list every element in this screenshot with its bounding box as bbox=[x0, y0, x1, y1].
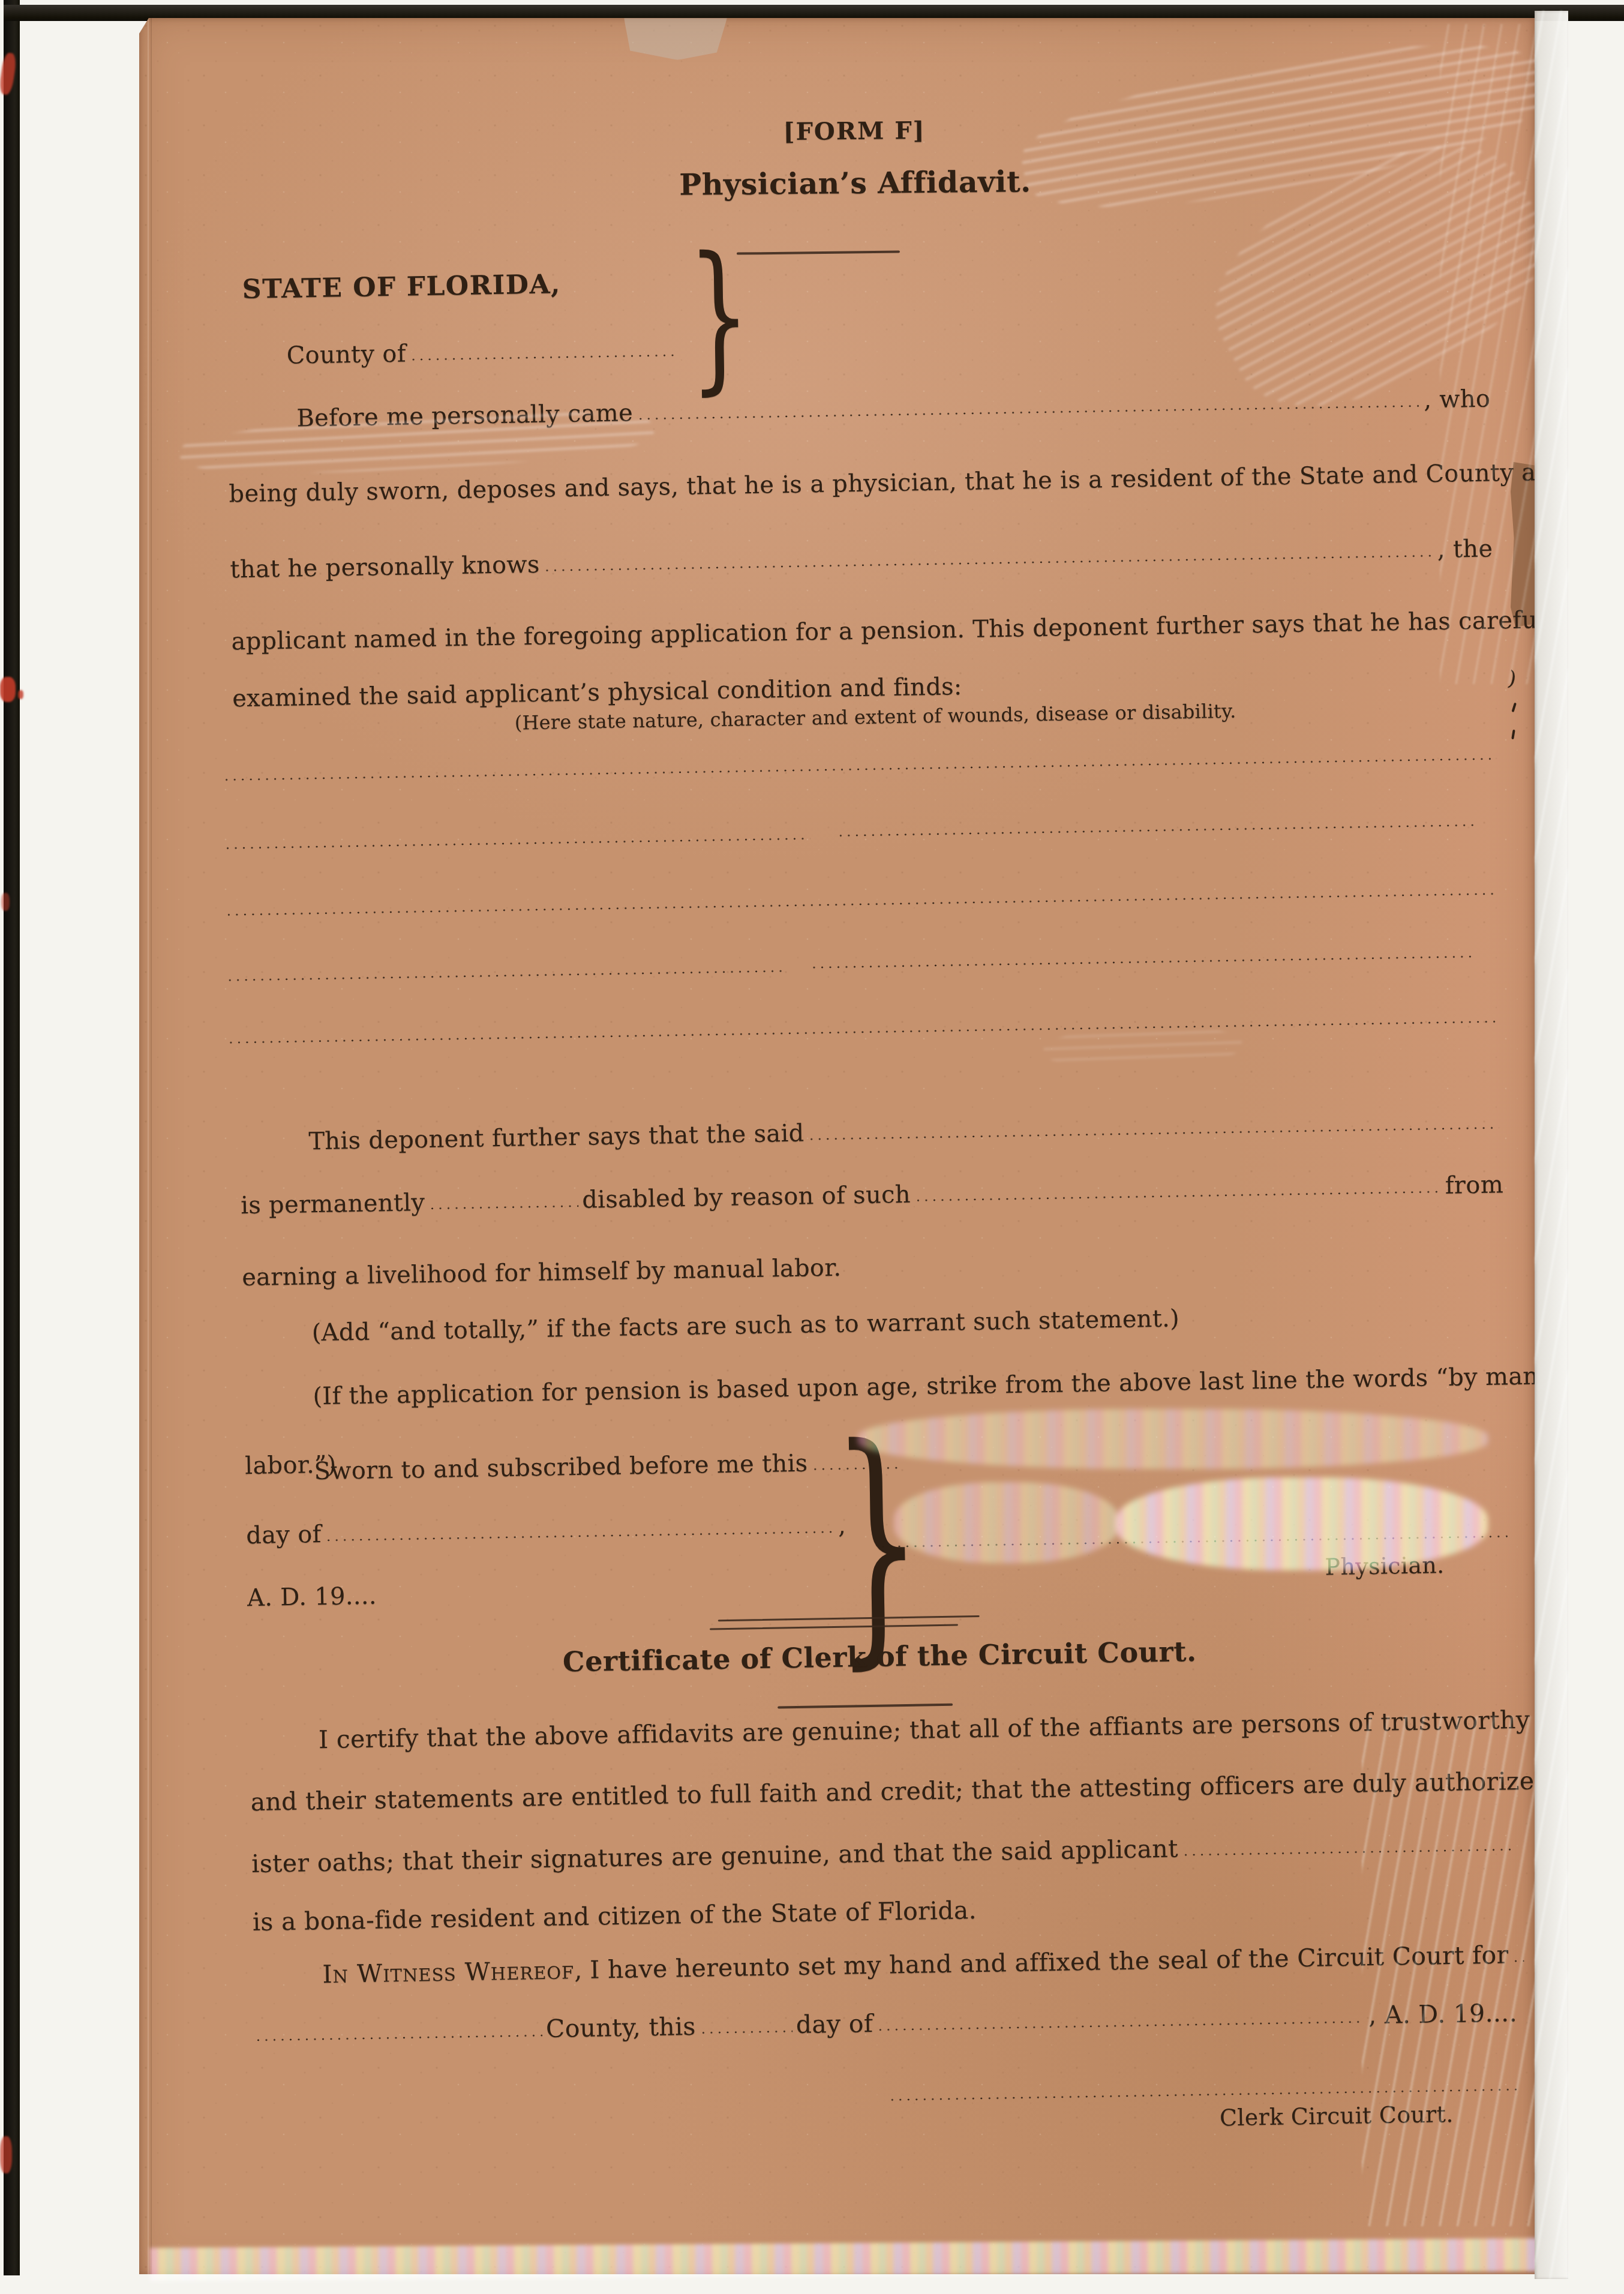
findings-blank-2b bbox=[837, 822, 1474, 839]
permanently-text-3: from bbox=[1445, 1170, 1503, 1201]
findings-blank-3 bbox=[225, 890, 1499, 917]
findings-blank-4a bbox=[226, 968, 787, 983]
certificate-body-line-2: and their statements are entitled to ful… bbox=[250, 1766, 1514, 1818]
certificate-body-text-1: I certify that the above affidavits are … bbox=[250, 1702, 1535, 1756]
county-this-line: County, this day of , A. D. 19.... bbox=[254, 1998, 1518, 2049]
permanently-blank-2 bbox=[914, 1172, 1442, 1203]
certificate-body-text-4: is a bona-fide resident and citizen of t… bbox=[253, 1895, 977, 1938]
red-edge-mark bbox=[0, 2136, 12, 2173]
rainbow-glare-left bbox=[894, 1482, 1119, 1563]
this-day-blank bbox=[699, 2011, 793, 2034]
certificate-day-of-text: day of bbox=[796, 2008, 873, 2040]
knows-text: that he personally knows bbox=[230, 550, 540, 585]
deponent-blank bbox=[808, 1108, 1499, 1141]
findings-blank-4 bbox=[226, 956, 1500, 983]
title-rule bbox=[737, 251, 900, 255]
page-title-text: Physician’s Affidavit. bbox=[679, 163, 1031, 203]
certificate-heading-text: Certificate of Clerk of the Circuit Cour… bbox=[563, 1635, 1197, 1680]
rainbow-glare-upper bbox=[858, 1409, 1488, 1469]
permanently-text-1: is permanently bbox=[241, 1188, 425, 1221]
note-totally-line: (Add “and totally,” if the facts are suc… bbox=[242, 1298, 1506, 1349]
month-blank bbox=[325, 1512, 834, 1542]
red-edge-mark bbox=[0, 677, 16, 702]
certificate-month-blank bbox=[876, 2002, 1365, 2032]
margin-tick bbox=[1511, 703, 1517, 712]
applicant-name-blank bbox=[543, 536, 1434, 572]
county-text: County of bbox=[226, 339, 406, 372]
county-blank bbox=[409, 335, 674, 361]
findings-blank-1 bbox=[223, 755, 1496, 782]
form-label-text: [FORM F] bbox=[783, 116, 925, 147]
scanned-document: [FORM F] Physician’s Affidavit. STATE OF… bbox=[0, 0, 1624, 2294]
red-edge-mark bbox=[18, 690, 23, 699]
plastic-wrap-edge-crinkle bbox=[1535, 11, 1568, 2279]
county-name-blank bbox=[254, 2015, 543, 2042]
findings-blank-4b bbox=[811, 953, 1473, 970]
rainbow-glare-main bbox=[1116, 1477, 1488, 1570]
day-of-line: day of , bbox=[246, 1511, 846, 1551]
certificate-rule bbox=[778, 1704, 953, 1709]
plastic-crinkle-top-right bbox=[1440, 24, 1536, 684]
state-county-brace: } bbox=[688, 235, 752, 397]
note-totally-text: (Add “and totally,” if the facts are suc… bbox=[242, 1303, 1179, 1349]
red-edge-mark bbox=[1, 893, 10, 911]
knows-line: that he personally knows , the bbox=[230, 534, 1493, 585]
witness-smallcaps-text: In Witness Whereof, bbox=[253, 1955, 583, 1991]
plastic-crinkle-right bbox=[1362, 1716, 1542, 2226]
deponent-line: This deponent further says that the said bbox=[239, 1106, 1503, 1158]
scanner-edge-left bbox=[4, 0, 20, 2275]
certificate-body-text-3: ister oaths; that their signatures are g… bbox=[251, 1834, 1178, 1880]
ad19-text: A. D. 19.... bbox=[247, 1581, 377, 1614]
livelihood-line: earning a livelihood for himself by manu… bbox=[242, 1242, 1505, 1293]
deponent-text: This deponent further says that the said bbox=[239, 1118, 805, 1158]
day-of-text: day of bbox=[246, 1519, 322, 1551]
certificate-body-line-1: I certify that the above affidavits are … bbox=[250, 1705, 1513, 1756]
certificate-body-line-3: ister oaths; that their signatures are g… bbox=[251, 1828, 1515, 1879]
plastic-wrap-edge bbox=[1535, 11, 1568, 2279]
permanently-text-2: disabled by reason of such bbox=[582, 1180, 911, 1215]
permanently-blank-1 bbox=[428, 1186, 579, 1210]
state-text: STATE OF FLORIDA, bbox=[225, 268, 561, 306]
certificate-body-line-4: is a bona-fide resident and citizen of t… bbox=[253, 1886, 1516, 1938]
margin-tick bbox=[1511, 730, 1515, 739]
witness-line: In Witness Whereof, I have hereunto set … bbox=[253, 1939, 1517, 1991]
findings-blank-5 bbox=[227, 1018, 1501, 1045]
livelihood-text: earning a livelihood for himself by manu… bbox=[242, 1253, 842, 1293]
findings-blank-2 bbox=[224, 824, 1497, 851]
applicant-text: applicant named in the foregoing applica… bbox=[231, 604, 1535, 656]
certificate-body-text-2: and their statements are entitled to ful… bbox=[250, 1764, 1535, 1818]
findings-blank-2a bbox=[224, 835, 810, 851]
permanently-line: is permanently disabled by reason of suc… bbox=[241, 1170, 1504, 1221]
county-this-text: County, this bbox=[546, 2011, 697, 2044]
applicant-line: applicant named in the foregoing applica… bbox=[231, 606, 1494, 657]
